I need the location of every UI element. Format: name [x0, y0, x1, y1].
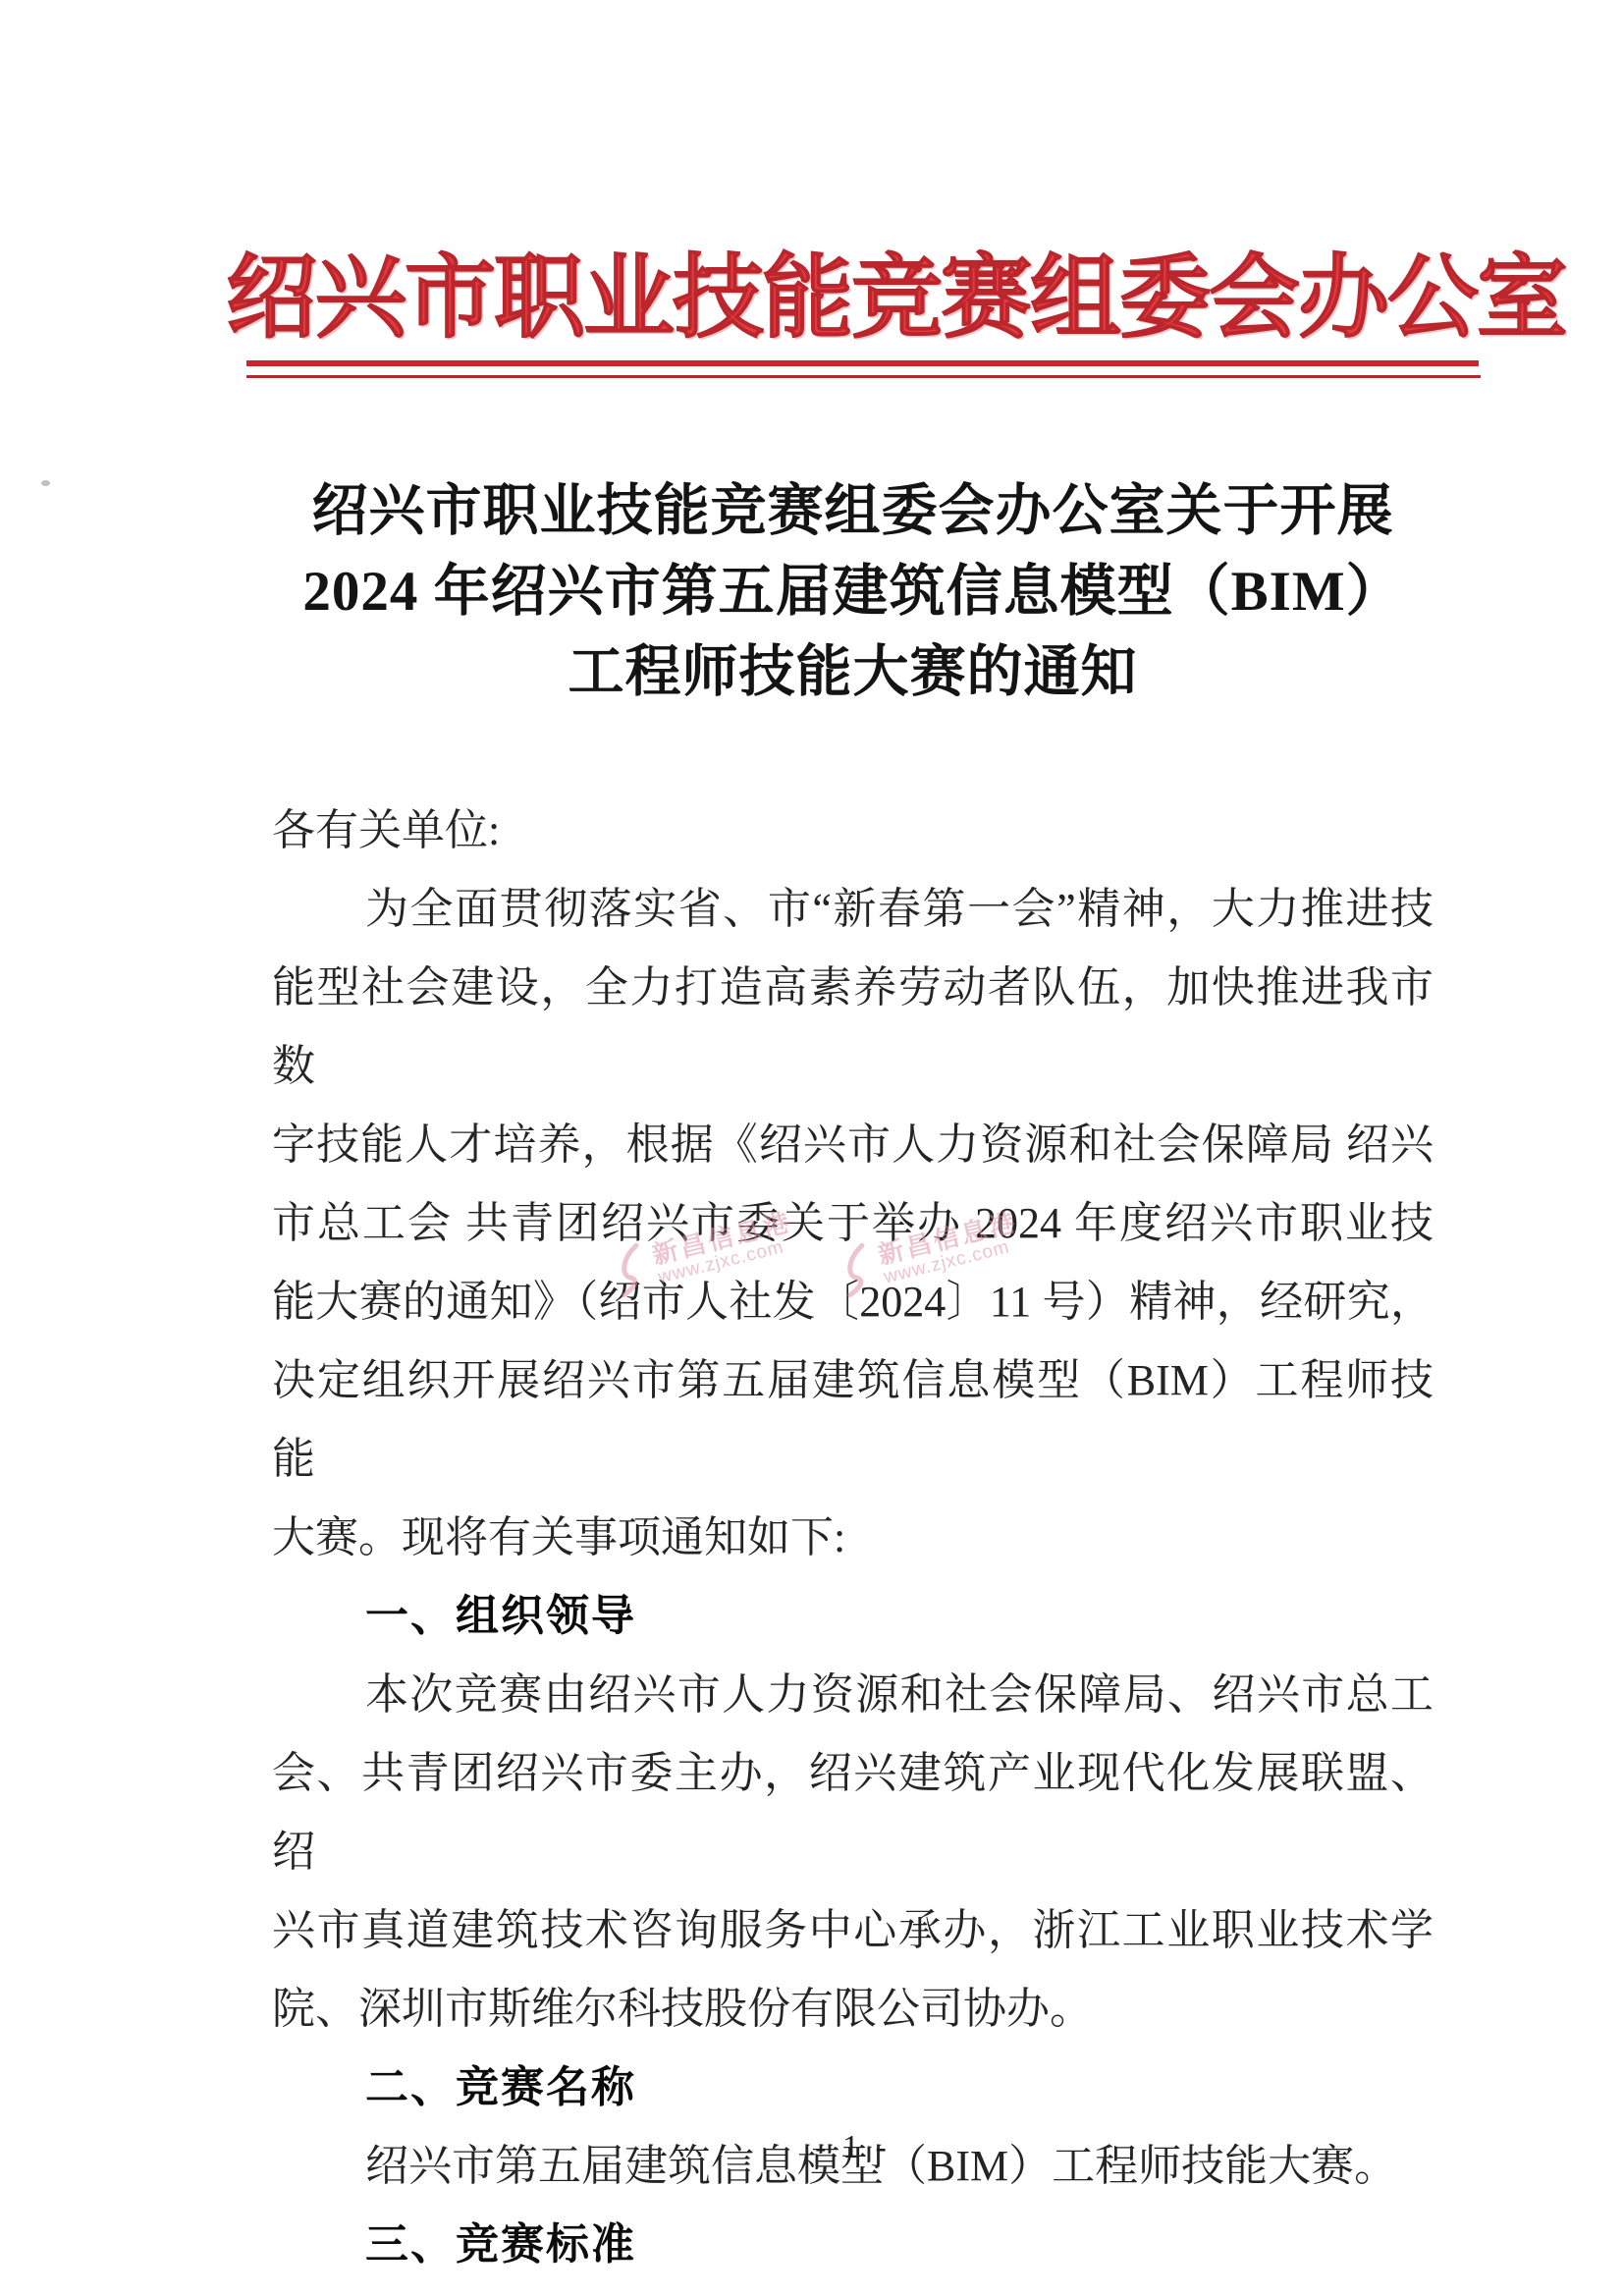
red-separator-thick [246, 360, 1479, 366]
scan-artifact-dot [41, 480, 50, 486]
section-heading: 三、竞赛标准 [272, 2206, 1434, 2284]
document-title-line-3: 工程师技能大赛的通知 [272, 632, 1434, 713]
body-line: 各有关单位: [272, 792, 1434, 870]
letterhead-title: 绍兴市职业技能竞赛组委会办公室 [226, 224, 1483, 355]
document-title-line-1: 绍兴市职业技能竞赛组委会办公室关于开展 [272, 471, 1434, 552]
body-line: 大赛。现将有关事项通知如下: [272, 1499, 1434, 1577]
body-line: 能大赛的通知》（绍市人社发〔2024〕11 号）精神，经研究， [272, 1263, 1434, 1341]
body-line: 能型社会建设，全力打造高素养劳动者队伍，加快推进我市数 [272, 949, 1434, 1106]
body-line: 字技能人才培养，根据《绍兴市人力资源和社会保障局 绍兴 [272, 1106, 1434, 1184]
document-title-line-2: 2024 年绍兴市第五届建筑信息模型（BIM） [272, 552, 1434, 632]
body-line: 决定组织开展绍兴市第五届建筑信息模型（BIM）工程师技能 [272, 1341, 1434, 1499]
body-line: 市总工会 共青团绍兴市委关于举办 2024 年度绍兴市职业技 [272, 1184, 1434, 1263]
body-line: 兴市真道建筑技术咨询服务中心承办，浙江工业职业技术学 [272, 1891, 1434, 1970]
document-body: 各有关单位:为全面贯彻落实省、市“新春第一会”精神，大力推进技能型社会建设，全力… [272, 792, 1434, 2284]
red-separator-thin [246, 375, 1481, 378]
body-line: 为全面贯彻落实省、市“新春第一会”精神，大力推进技 [272, 870, 1434, 949]
document-page: 绍兴市职业技能竞赛组委会办公室 绍兴市职业技能竞赛组委会办公室关于开展 2024… [0, 0, 1623, 2296]
body-line: 院、深圳市斯维尔科技股份有限公司协办。 [272, 1970, 1434, 2049]
body-line: 会、共青团绍兴市委主办，绍兴建筑产业现代化发展联盟、绍 [272, 1734, 1434, 1891]
body-line: 本次竞赛由绍兴市人力资源和社会保障局、绍兴市总工 [272, 1656, 1434, 1734]
section-heading: 一、组织领导 [272, 1577, 1434, 1656]
document-title: 绍兴市职业技能竞赛组委会办公室关于开展 2024 年绍兴市第五届建筑信息模型（B… [272, 471, 1434, 713]
section-heading: 二、竞赛名称 [272, 2049, 1434, 2127]
page-number: - 1 - [272, 2129, 1434, 2166]
